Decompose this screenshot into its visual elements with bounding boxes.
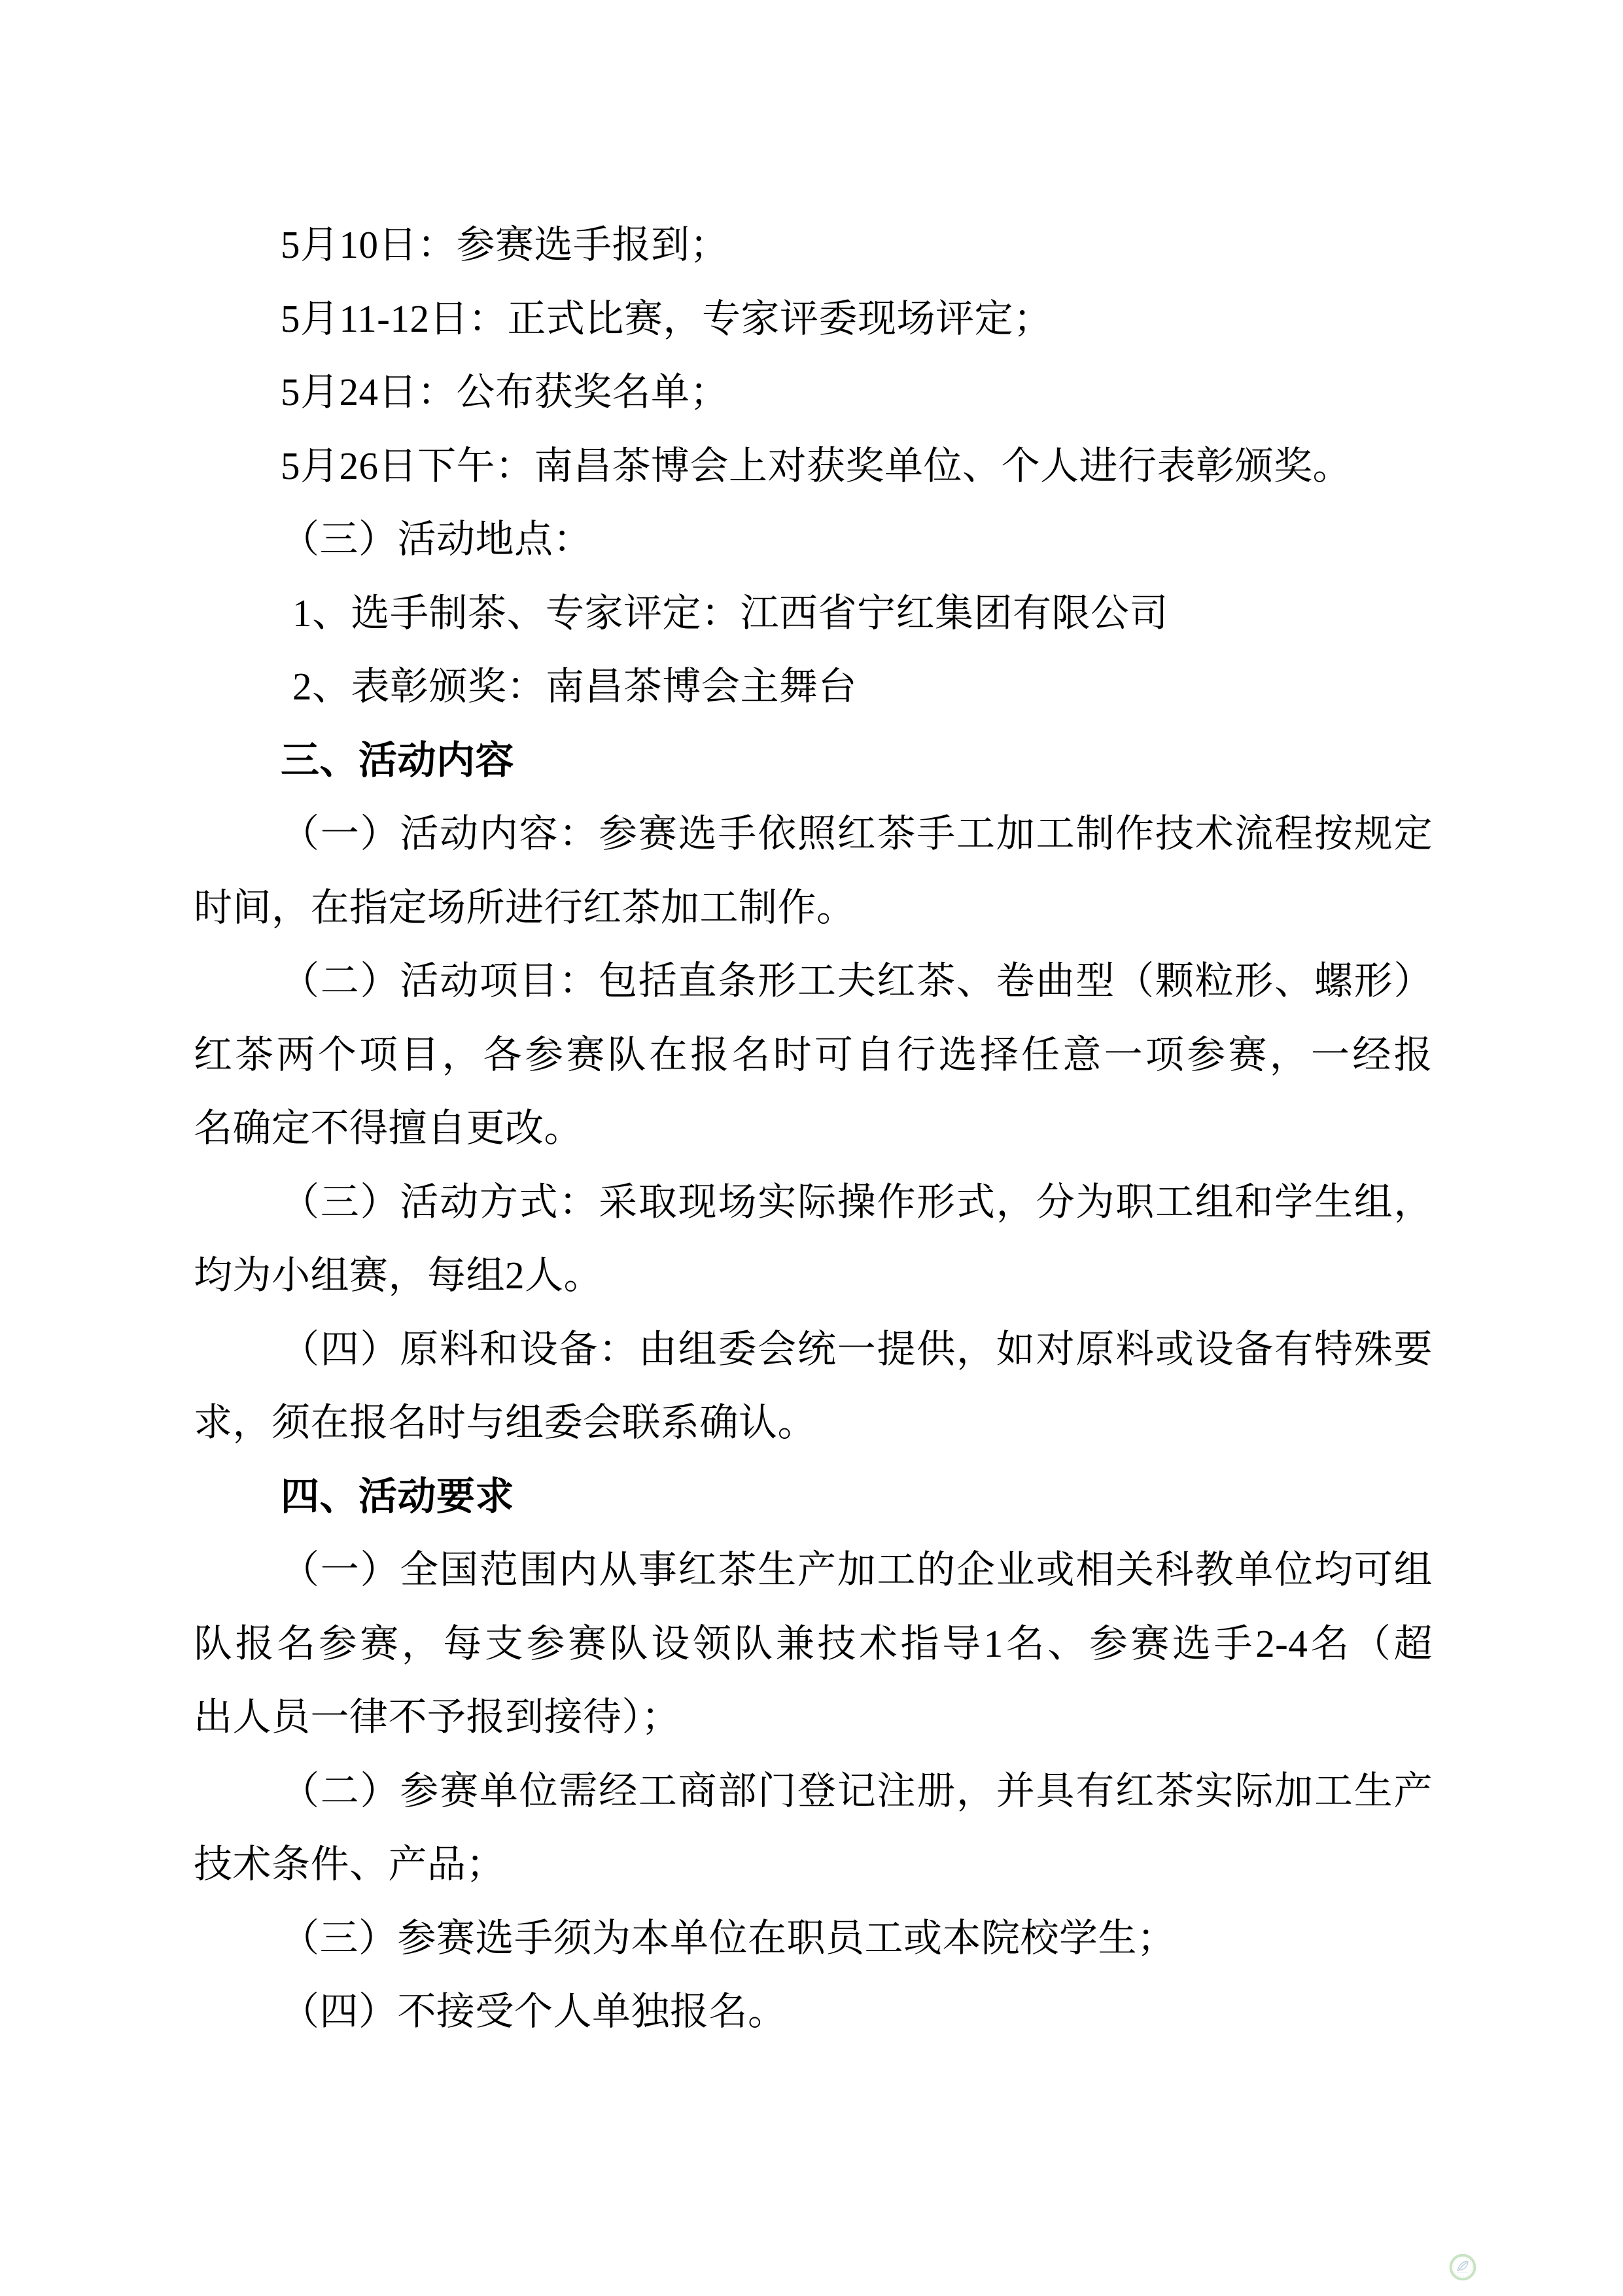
text-line: （二）参赛单位需经工商部门登记注册，并具有红茶实际加工生产	[194, 1754, 1433, 1828]
text-line: 技术条件、产品；	[194, 1828, 1433, 1901]
leaf-seal-watermark	[1449, 2253, 1476, 2281]
text-line: 队报名参赛，每支参赛队设领队兼技术指导1名、参赛选手2-4名（超	[194, 1607, 1433, 1681]
text-line: （三）活动方式：采取现场实际操作形式，分为职工组和学生组，	[194, 1165, 1433, 1239]
text-line: （一）活动内容：参赛选手依照红茶手工加工制作技术流程按规定	[194, 797, 1433, 871]
text-line: 2、表彰颁奖：南昌茶博会主舞台	[194, 650, 1433, 724]
text-line: （三）参赛选手须为本单位在职员工或本院校学生；	[194, 1901, 1433, 1975]
text-line: 时间，在指定场所进行红茶加工制作。	[194, 871, 1433, 945]
text-line: （二）活动项目：包括直条形工夫红茶、卷曲型（颗粒形、螺形）	[194, 944, 1433, 1018]
text-line: 三、活动内容	[194, 724, 1433, 798]
text-line: 求，须在报名时与组委会联系确认。	[194, 1386, 1433, 1460]
text-line: 5月10日：参赛选手报到；	[194, 208, 1433, 282]
text-line: （一）全国范围内从事红茶生产加工的企业或相关科教单位均可组	[194, 1533, 1433, 1607]
document-page: 5月10日：参赛选手报到；5月11-12日：正式比赛，专家评委现场评定；5月24…	[0, 0, 1623, 2296]
text-line: （四）原料和设备：由组委会统一提供，如对原料或设备有特殊要	[194, 1313, 1433, 1386]
text-line: 出人员一律不予报到接待）；	[194, 1680, 1433, 1754]
text-line: （四）不接受个人单独报名。	[194, 1975, 1433, 2049]
text-line: 1、选手制茶、专家评定：江西省宁红集团有限公司	[194, 576, 1433, 650]
document-lines: 5月10日：参赛选手报到；5月11-12日：正式比赛，专家评委现场评定；5月24…	[194, 208, 1433, 2049]
text-line: 5月26日下午：南昌茶博会上对获奖单位、个人进行表彰颁奖。	[194, 429, 1433, 503]
text-line: 四、活动要求	[194, 1460, 1433, 1534]
text-line: 5月24日：公布获奖名单；	[194, 355, 1433, 429]
text-line: 名确定不得擅自更改。	[194, 1091, 1433, 1165]
text-line: 均为小组赛，每组2人。	[194, 1239, 1433, 1313]
text-line: 红茶两个项目，各参赛队在报名时可自行选择任意一项参赛，一经报	[194, 1018, 1433, 1092]
leaf-icon	[1457, 2261, 1468, 2270]
text-line: 5月11-12日：正式比赛，专家评委现场评定；	[194, 282, 1433, 356]
leaf-seal-icon	[1449, 2253, 1476, 2281]
text-line: （三）活动地点：	[194, 503, 1433, 576]
